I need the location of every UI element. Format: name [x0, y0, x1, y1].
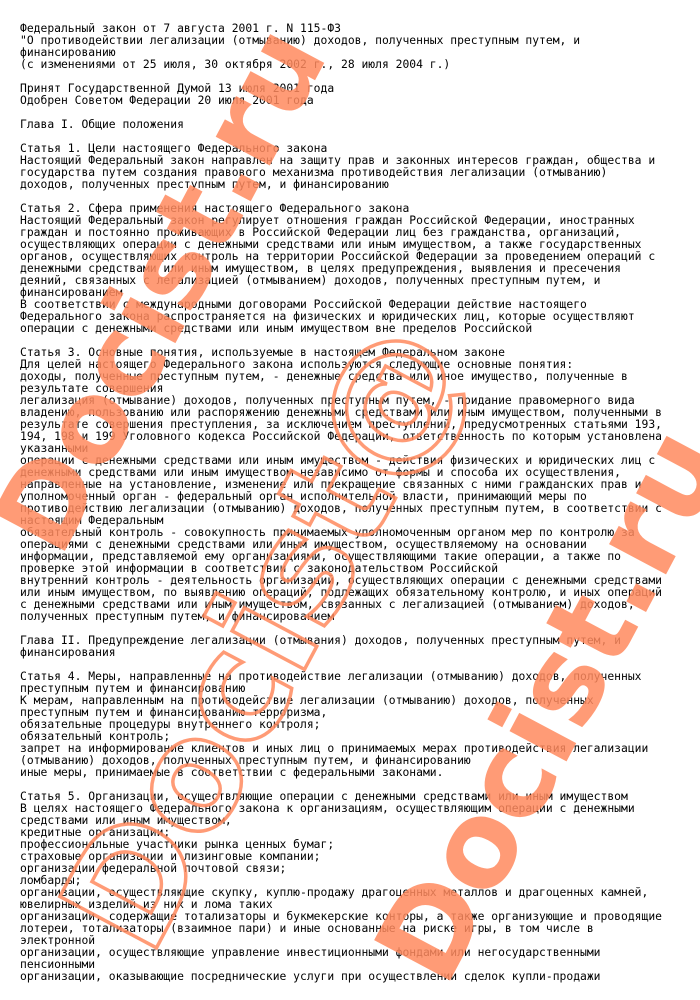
document-body: Федеральный закон от 7 августа 2001 г. N…: [20, 22, 662, 982]
text-line: организации федеральной почтовой связи;: [20, 862, 662, 874]
text-line: иные меры, принимаемые в соответствии с …: [20, 766, 662, 778]
text-line: "О противодействии легализации (отмывани…: [20, 34, 662, 46]
text-line: операции с денежными средствами или иным…: [20, 322, 662, 334]
text-line: финансирования: [20, 646, 662, 658]
text-line: доходов, полученных преступным путем, и …: [20, 178, 662, 190]
text-line: организации, оказывающие посреднические …: [20, 970, 662, 982]
text-line: полученных преступным путем, и финансиро…: [20, 610, 662, 622]
text-line: 194, 198 и 199 Уголовного кодекса Россий…: [20, 430, 662, 442]
text-line: Глава I. Общие положения: [20, 118, 662, 130]
text-line: (с изменениями от 25 июля, 30 октября 20…: [20, 58, 662, 70]
text-line: организации, осуществляющие управление и…: [20, 946, 662, 958]
text-line: Глава II. Предупреждение легализации (от…: [20, 634, 662, 646]
text-line: лотереи, тотализаторы (взаимное пари) и …: [20, 922, 662, 934]
text-line: Одобрен Советом Федерации 20 июля 2001 г…: [20, 94, 662, 106]
